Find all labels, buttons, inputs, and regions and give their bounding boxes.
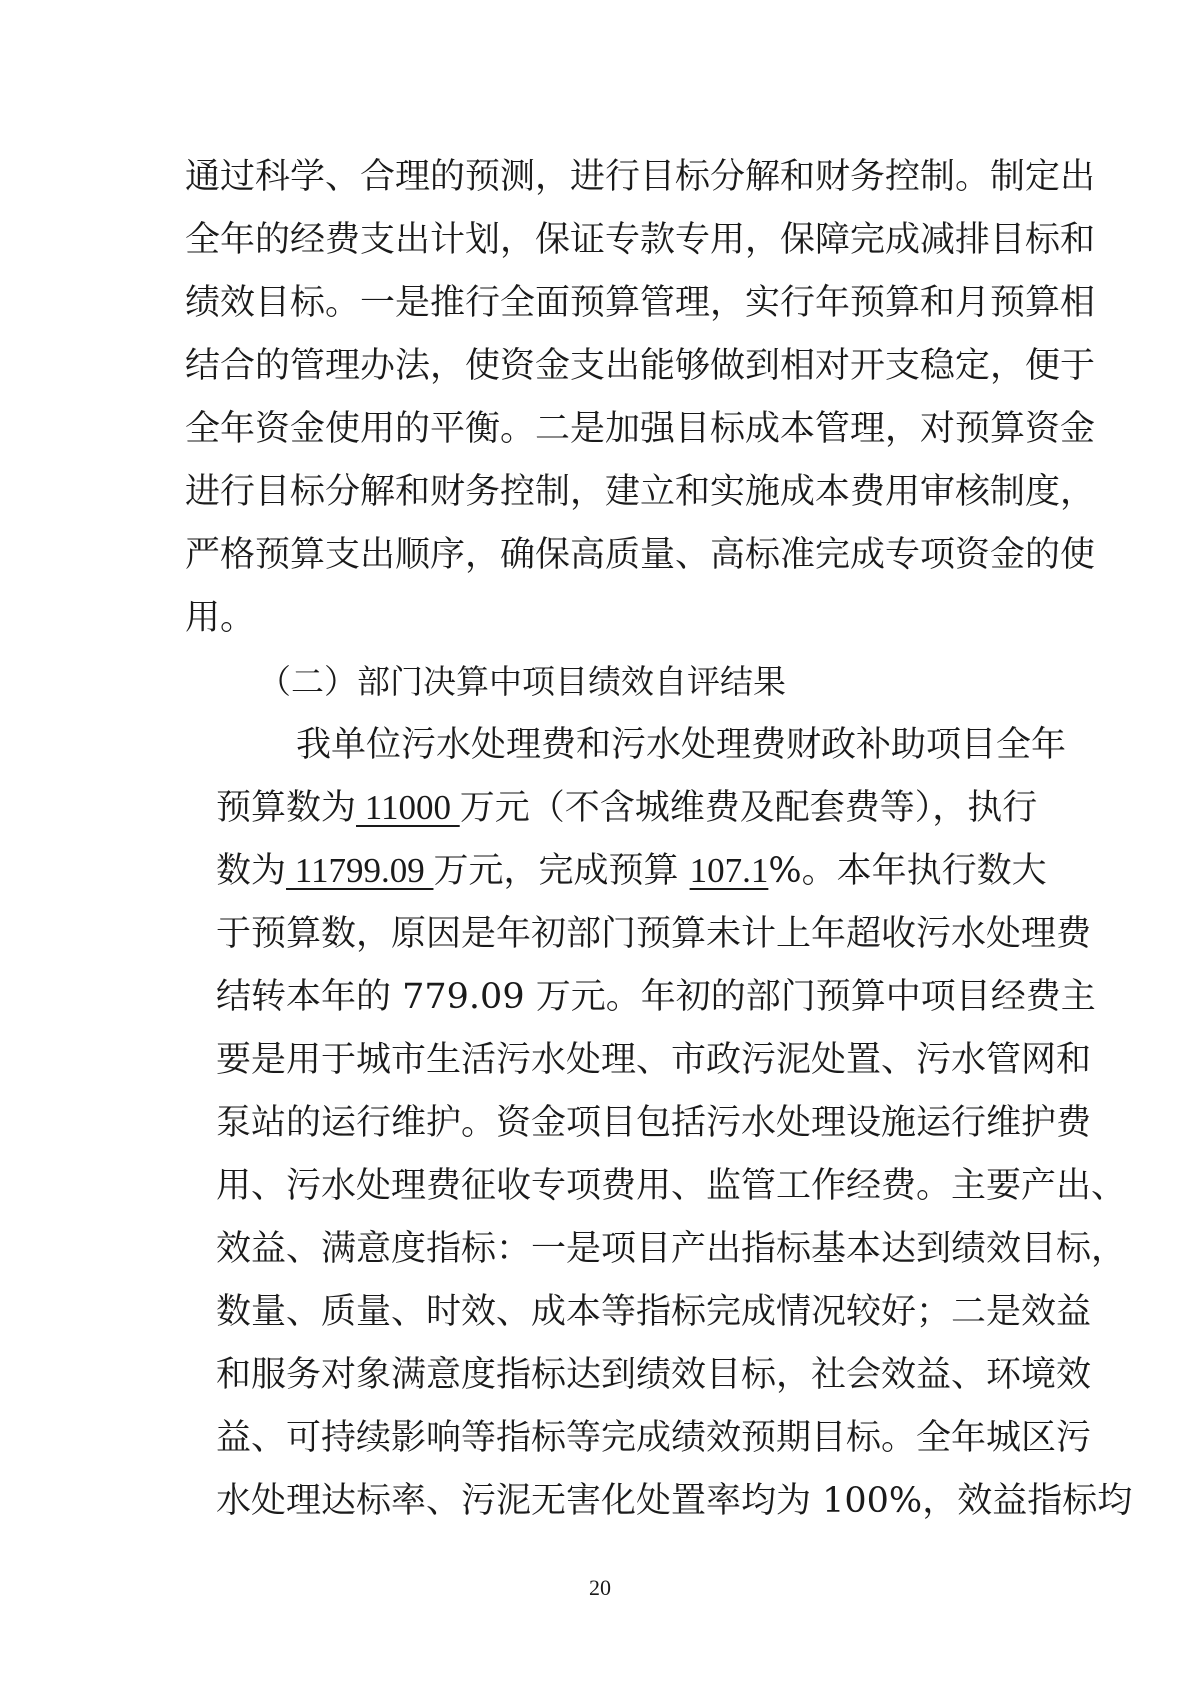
section-heading: （二）部门决算中项目绩效自评结果 [258, 657, 786, 707]
text-line: 进行目标分解和财务控制，建立和实施成本费用审核制度， [185, 467, 1017, 517]
executed-amount: 11799.09 [286, 851, 433, 890]
text-line: 于预算数，原因是年初部门预算未计上年超收污水处理费 [216, 909, 1016, 959]
text-line-budget: 预算数为 11000 万元（不含城维费及配套费等），执行 [216, 783, 1016, 833]
text-segment: %。本年执行数大 [768, 851, 1046, 891]
text-line: 用、污水处理费征收专项费用、监管工作经费。主要产出、 [216, 1161, 1016, 1211]
text-line: 要是用于城市生活污水处理、市政污泥处置、污水管网和 [216, 1035, 1016, 1085]
text-line: 结合的管理办法，使资金支出能够做到相对开支稳定，便于 [185, 341, 1017, 391]
text-line: 水处理达标率、污泥无害化处置率均为 100%，效益指标均 [216, 1476, 1016, 1526]
text-line: 效益、满意度指标：一是项目产出指标基本达到绩效目标， [216, 1224, 1016, 1274]
text-line: 全年的经费支出计划，保证专款专用，保障完成减排目标和 [185, 215, 1017, 265]
text-line: 严格预算支出顺序，确保高质量、高标准完成专项资金的使 [185, 530, 1017, 580]
text-line: 结转本年的 779.09 万元。年初的部门预算中项目经费主 [216, 972, 1016, 1022]
document-page: 通过科学、合理的预测，进行目标分解和财务控制。制定出 全年的经费支出计划，保证专… [0, 0, 1200, 1697]
text-line-execution: 数为 11799.09 万元，完成预算 107.1%。本年执行数大 [216, 846, 1016, 896]
text-segment: 万元，完成预算 [433, 851, 689, 891]
budget-amount: 11000 [356, 788, 460, 827]
text-segment: 万元（不含城维费及配套费等），执行 [460, 788, 1038, 828]
text-line: 绩效目标。一是推行全面预算管理，实行年预算和月预算相 [185, 278, 1017, 328]
page-number: 20 [570, 1574, 630, 1602]
text-line: 和服务对象满意度指标达到绩效目标，社会效益、环境效 [216, 1350, 1016, 1400]
text-segment: 数为 [216, 851, 286, 891]
completion-rate: 107.1 [690, 851, 769, 890]
text-line: 全年资金使用的平衡。二是加强目标成本管理，对预算资金 [185, 404, 1017, 454]
text-line: 我单位污水处理费和污水处理费财政补助项目全年 [296, 720, 1016, 770]
text-line: 通过科学、合理的预测，进行目标分解和财务控制。制定出 [185, 152, 1017, 202]
text-segment: 预算数为 [216, 788, 356, 828]
text-line: 数量、质量、时效、成本等指标完成情况较好；二是效益 [216, 1287, 1016, 1337]
text-line: 泵站的运行维护。资金项目包括污水处理设施运行维护费 [216, 1098, 1016, 1148]
text-line: 益、可持续影响等指标等完成绩效预期目标。全年城区污 [216, 1413, 1016, 1463]
text-line: 用。 [185, 593, 1017, 643]
